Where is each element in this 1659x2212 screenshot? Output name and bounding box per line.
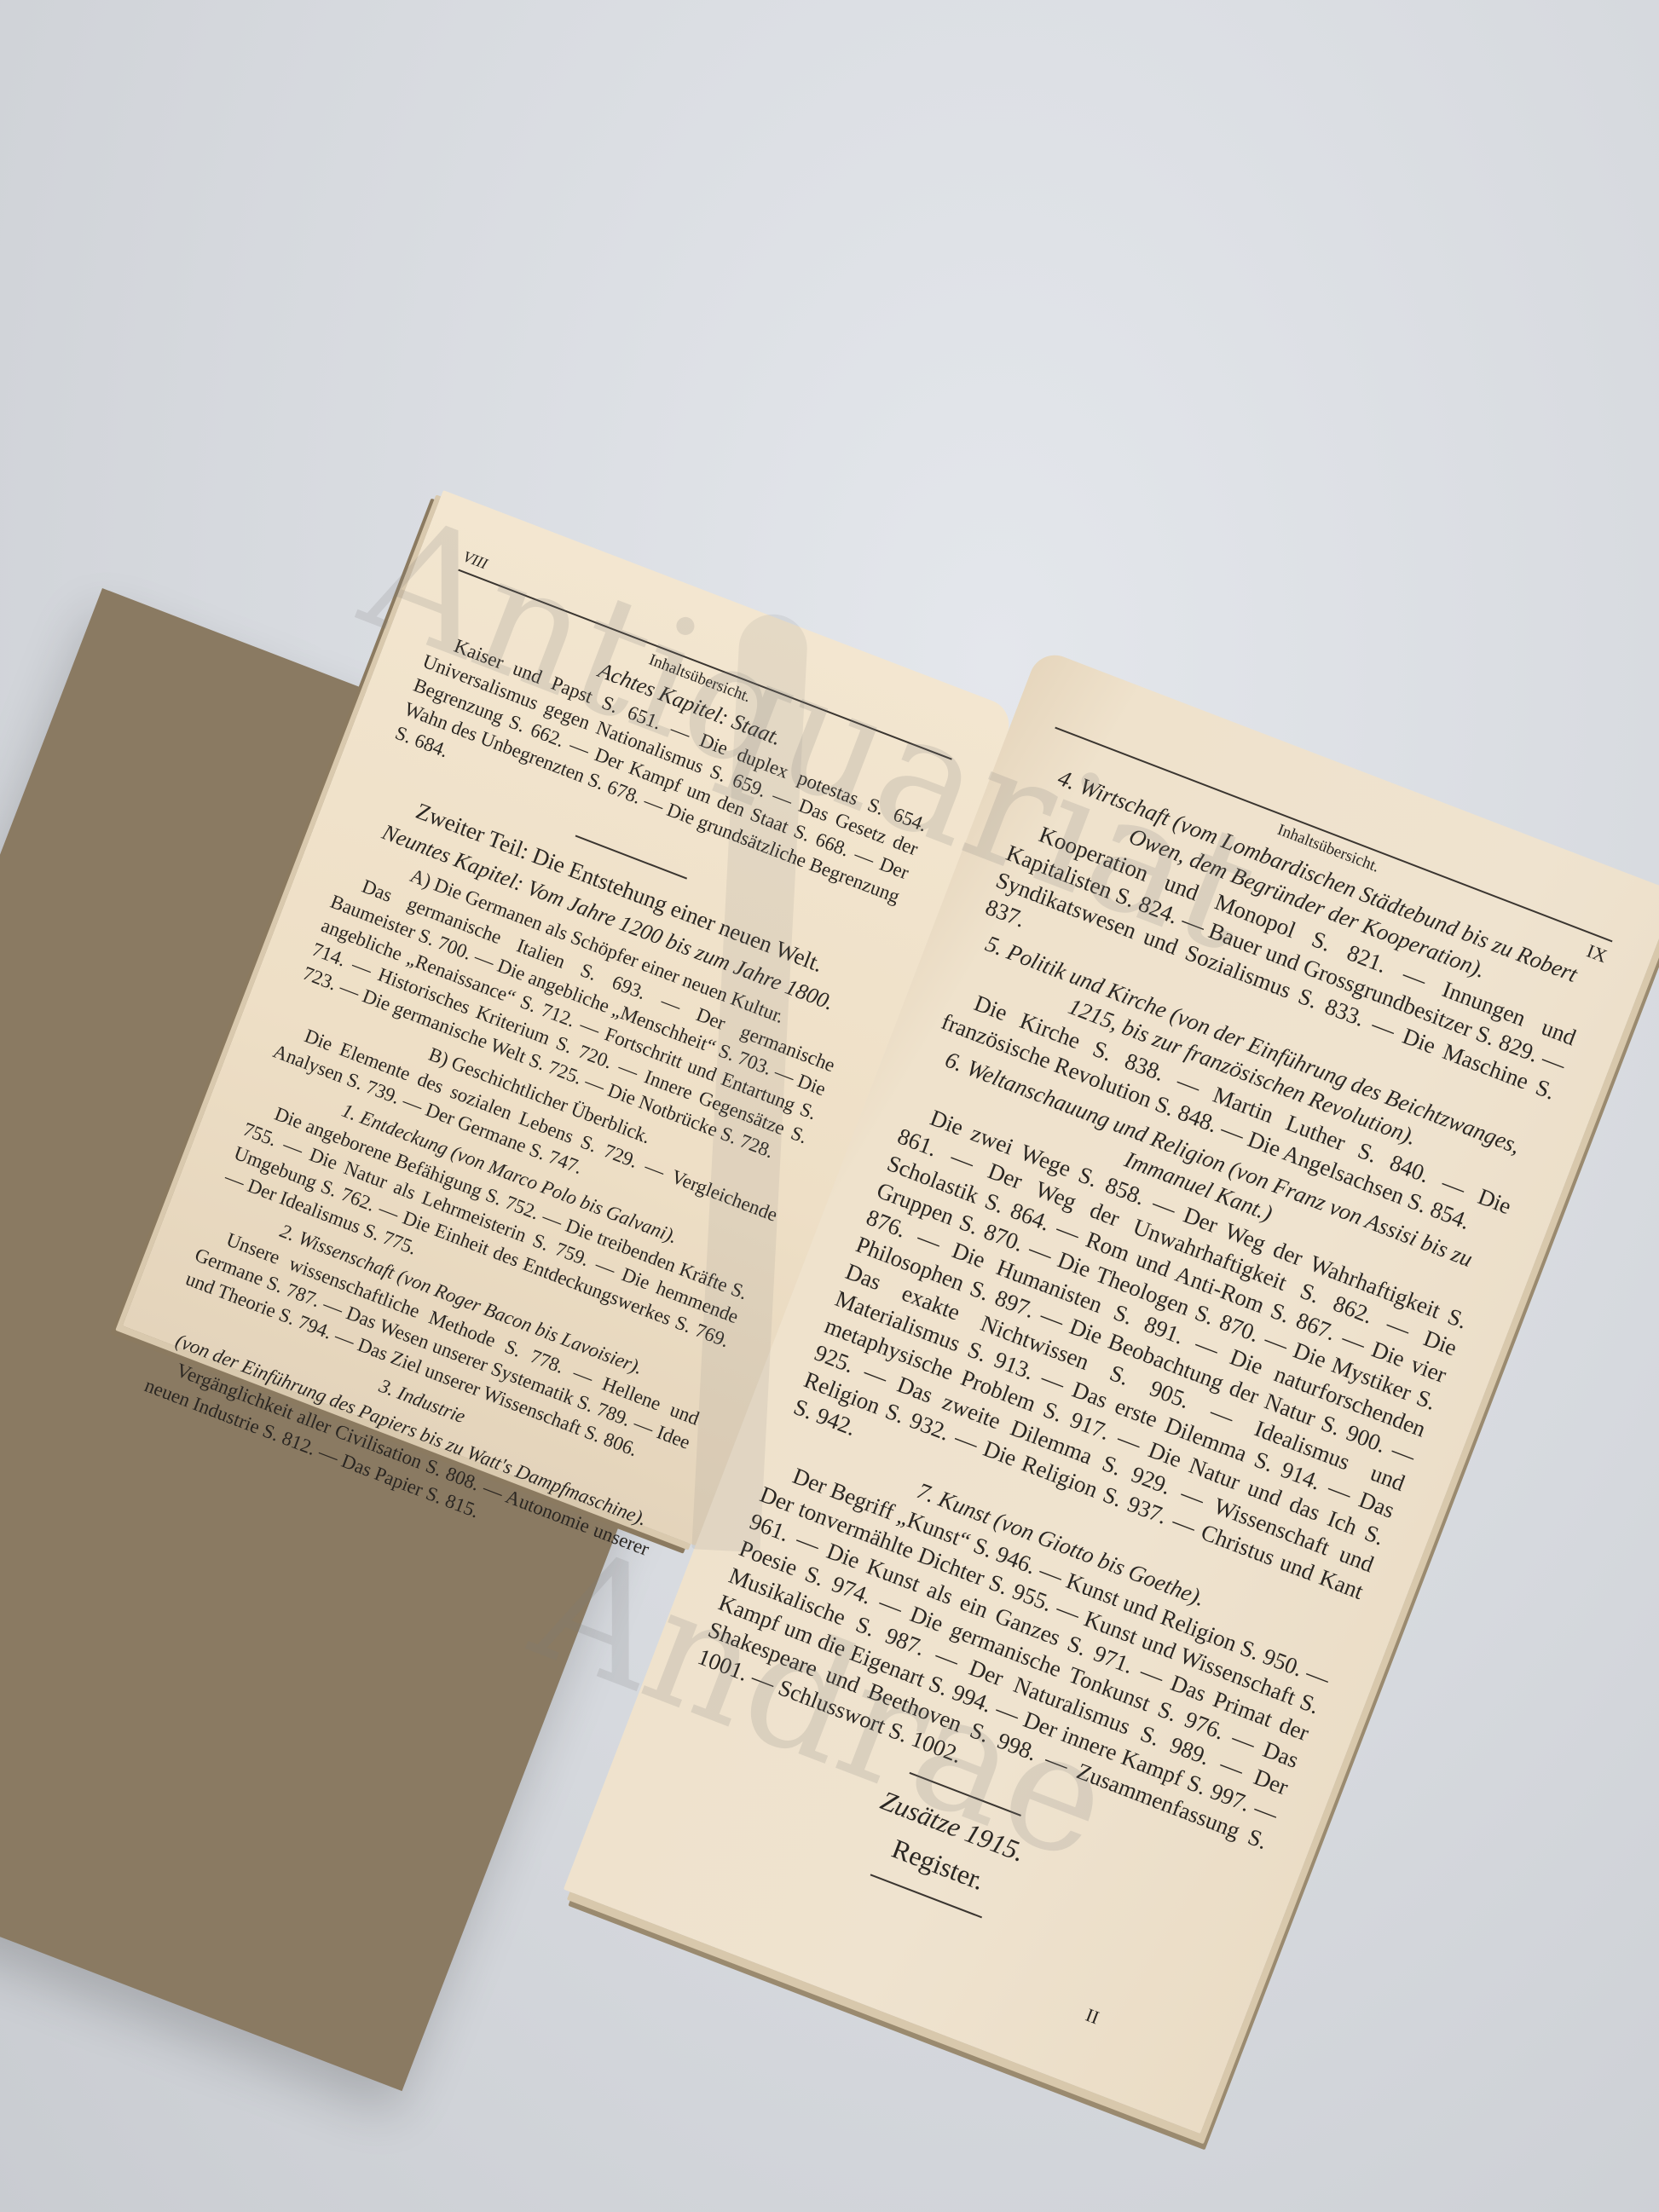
- open-book: VIII Inhaltsübersicht. Achtes Kapitel: S…: [0, 0, 1659, 2212]
- signature-mark: II: [1083, 2004, 1102, 2030]
- left-page-number: VIII: [460, 547, 490, 573]
